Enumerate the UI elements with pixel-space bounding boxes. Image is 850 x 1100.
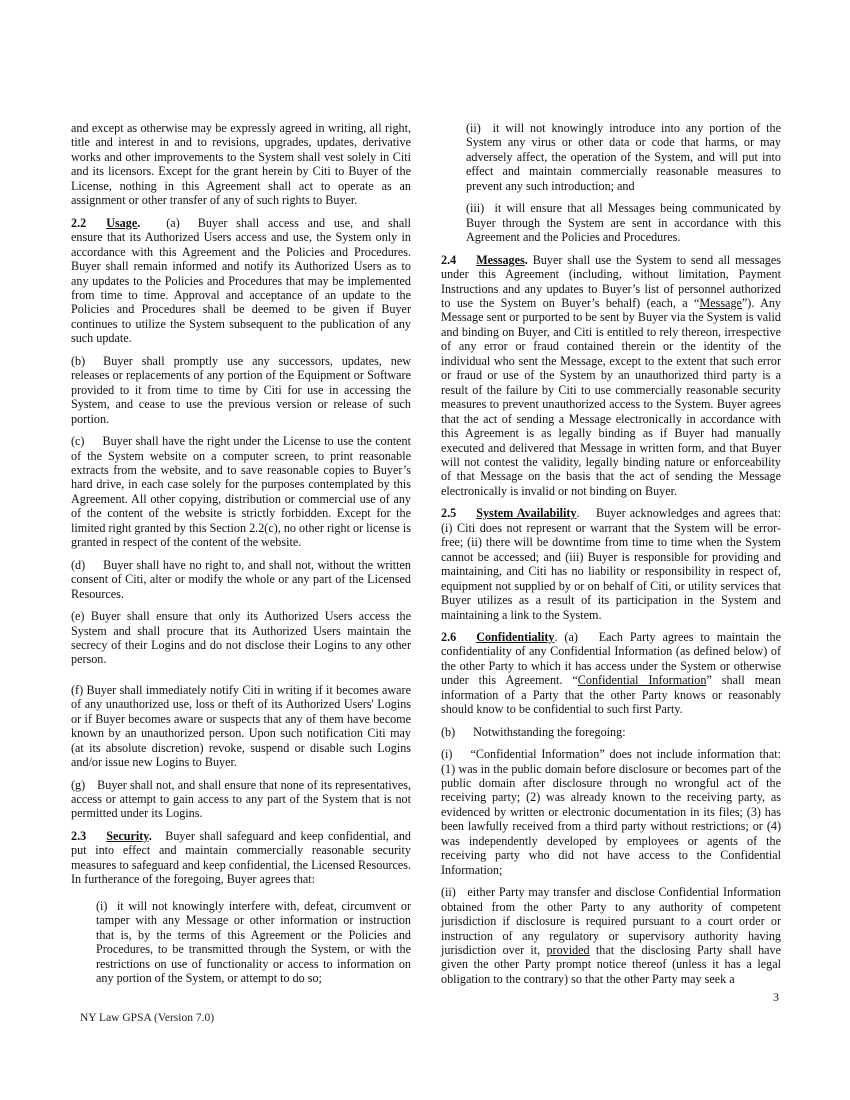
document-page: and except as otherwise may be expressly… — [0, 0, 850, 1100]
section-number: 2.4 — [441, 253, 456, 267]
clause-text: Buyer shall not, and shall ensure that n… — [71, 778, 411, 821]
provided-term: provided — [546, 943, 589, 957]
document-footer: NY Law GPSA (Version 7.0) — [80, 1012, 214, 1024]
section-2-2-a: 2.2Usage.(a)Buyer shall access and use, … — [71, 216, 411, 346]
clause-text: Buyer shall ensure that only its Authori… — [71, 609, 411, 666]
section-2-4: 2.4Messages. Buyer shall use the System … — [441, 253, 781, 499]
clause-label: (i) — [441, 747, 452, 761]
clause-text: Buyer shall have the right under the Lic… — [71, 434, 411, 549]
defined-term-message: Message — [699, 296, 741, 310]
section-heading-security: Security — [106, 829, 149, 843]
clause-label: (d) — [71, 558, 85, 572]
section-2-2-f: (f) Buyer shall immediately notify Citi … — [71, 683, 411, 770]
section-2-6-ii: (ii) either Party may transfer and discl… — [441, 885, 781, 986]
section-number: 2.2 — [71, 216, 86, 230]
section-text-cont: ”). Any Message sent or purported to be … — [441, 296, 781, 498]
clause-label: (f) — [71, 683, 83, 697]
section-2-2-e: (e) Buyer shall ensure that only its Aut… — [71, 609, 411, 667]
clause-text: Buyer shall access and use, and shall en… — [71, 216, 411, 346]
section-2-3-i: (i) it will not knowingly interfere with… — [96, 899, 411, 986]
left-column: and except as otherwise may be expressly… — [71, 121, 411, 993]
clause-label: (a) — [166, 216, 179, 230]
section-heading-system-availability: System Availability — [476, 506, 576, 520]
clause-label: (c) — [71, 434, 84, 448]
page-number: 3 — [773, 990, 779, 1005]
clause-label: (g) — [71, 778, 85, 792]
clause-label: (i) — [96, 899, 107, 913]
clause-text: it will not knowingly interfere with, de… — [96, 899, 411, 985]
section-2-2-g: (g)Buyer shall not, and shall ensure tha… — [71, 778, 411, 821]
clause-text: Buyer shall immediately notify Citi in w… — [71, 683, 411, 769]
section-2-2-b: (b)Buyer shall promptly use any successo… — [71, 354, 411, 426]
section-2-3-iii: (iii) it will ensure that all Messages b… — [466, 201, 781, 244]
clause-text: Notwithstanding the foregoing: — [473, 725, 625, 739]
section-2-5: 2.5System Availability. Buyer acknowledg… — [441, 506, 781, 622]
section-heading-messages: Messages — [476, 253, 525, 267]
section-2-6-a: 2.6Confidentiality. (a) Each Party agree… — [441, 630, 781, 717]
clause-label: (a) — [564, 630, 577, 644]
clause-label: (iii) — [466, 201, 484, 215]
defined-term-confidential-information: Confidential Information — [578, 673, 707, 687]
clause-label: (b) — [441, 725, 455, 739]
section-2-6-i: (i)“Confidential Information” does not i… — [441, 747, 781, 877]
clause-text: it will not knowingly introduce into any… — [466, 121, 781, 193]
paragraph-license-rights: and except as otherwise may be expressly… — [71, 121, 411, 208]
section-2-6-b: (b)Notwithstanding the foregoing: — [441, 725, 781, 739]
section-2-2-c: (c)Buyer shall have the right under the … — [71, 434, 411, 550]
clause-label: (ii) — [441, 885, 456, 899]
clause-label: (e) — [71, 609, 84, 623]
clause-text: Buyer shall promptly use any successors,… — [71, 354, 411, 426]
clause-text: it will ensure that all Messages being c… — [466, 201, 781, 244]
section-number: 2.5 — [441, 506, 456, 520]
section-heading-usage: Usage — [106, 216, 137, 230]
section-text: Buyer acknowledges and agrees that: (i) … — [441, 506, 781, 621]
right-column: (ii) it will not knowingly introduce int… — [441, 121, 781, 994]
clause-text: Buyer shall have no right to, and shall … — [71, 558, 411, 601]
section-number: 2.6 — [441, 630, 456, 644]
section-2-3: 2.3Security. Buyer shall safeguard and k… — [71, 829, 411, 887]
section-2-2-d: (d)Buyer shall have no right to, and sha… — [71, 558, 411, 601]
section-2-3-ii: (ii) it will not knowingly introduce int… — [466, 121, 781, 193]
clause-label: (b) — [71, 354, 85, 368]
section-number: 2.3 — [71, 829, 86, 843]
section-heading-confidentiality: Confidentiality — [476, 630, 554, 644]
clause-label: (ii) — [466, 121, 481, 135]
clause-text: “Confidential Information” does not incl… — [441, 747, 781, 877]
